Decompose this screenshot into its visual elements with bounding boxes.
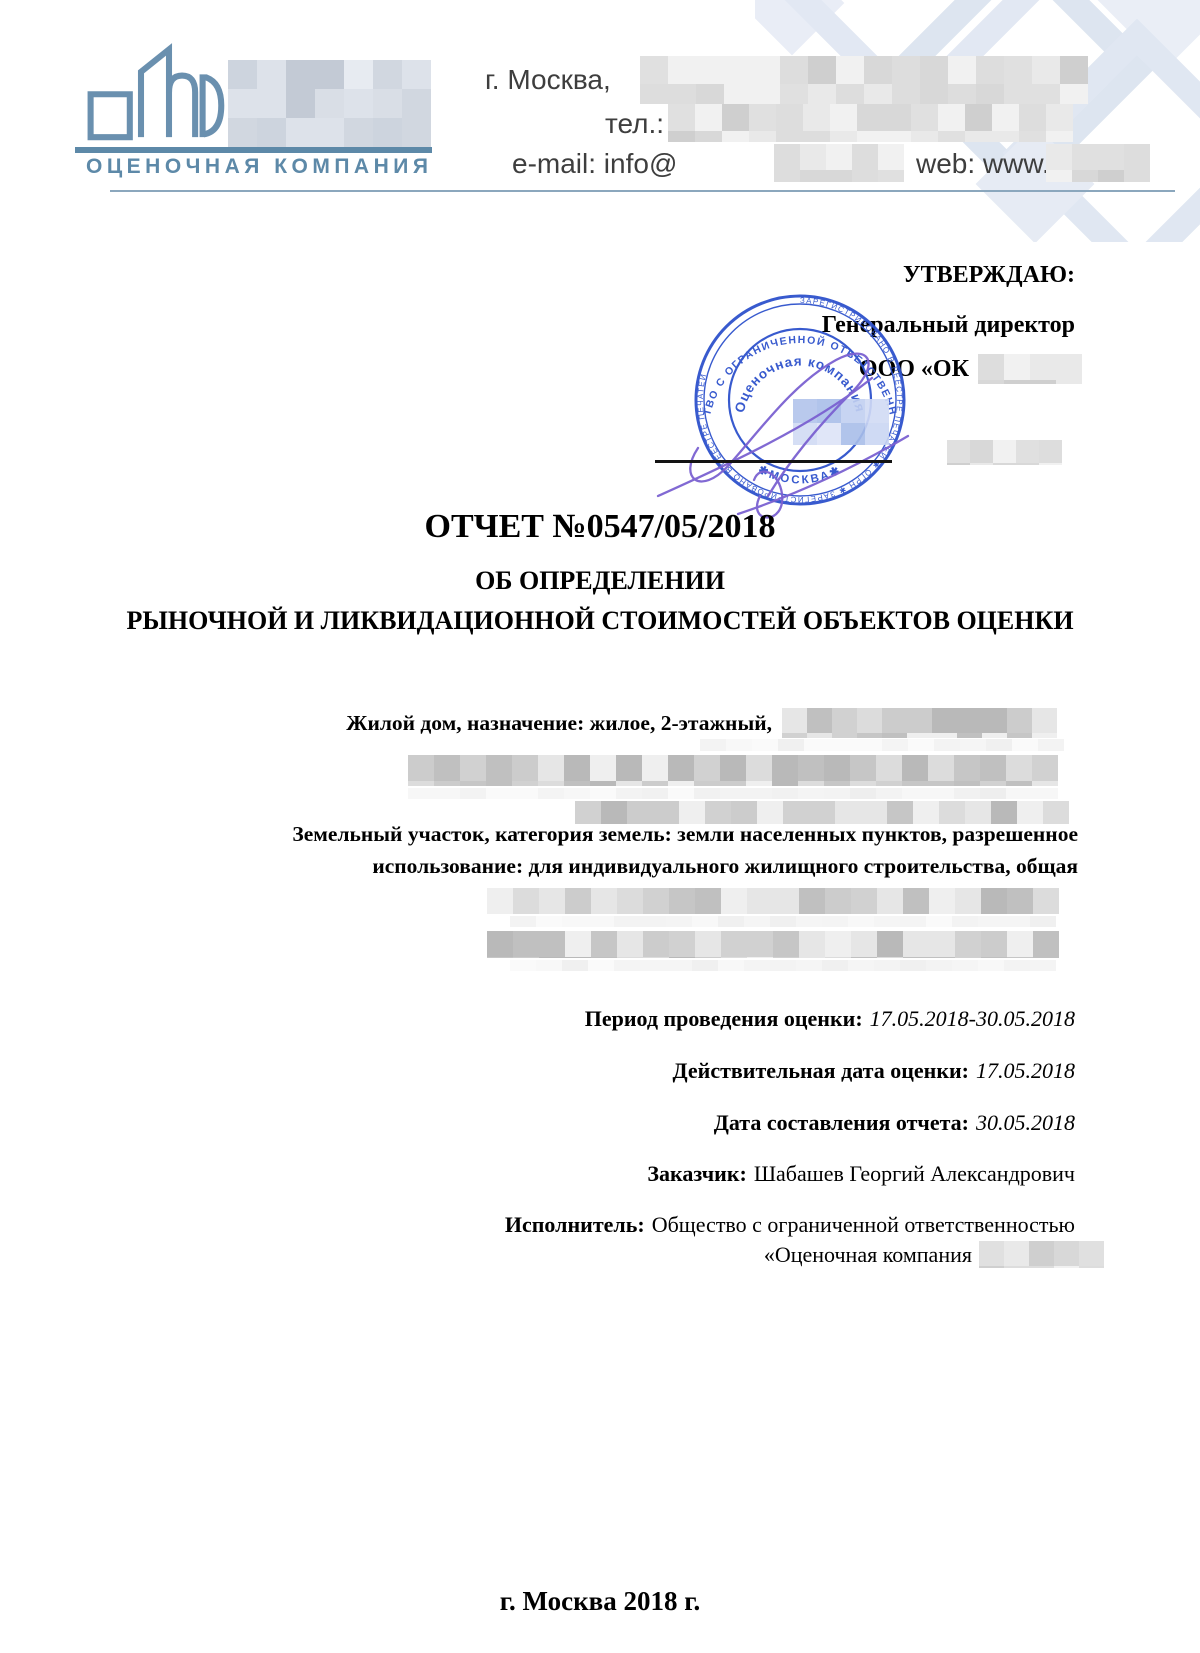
redacted-house-address-block bbox=[782, 708, 1075, 738]
house-description-line: Жилой дом, назначение: жилое, 2-этажный, bbox=[0, 708, 1075, 738]
redacted-faint-row bbox=[408, 788, 1075, 799]
evaluation-period-row: Период проведения оценки: 17.05.2018-30.… bbox=[585, 1006, 1075, 1032]
report-date-value: 30.05.2018 bbox=[976, 1110, 1075, 1136]
watermark-diamond bbox=[755, 0, 844, 55]
signature-line bbox=[655, 460, 892, 463]
redacted-land-address-block bbox=[487, 931, 1075, 958]
land-description-line2: использование: для индивидуального жилищ… bbox=[372, 854, 1078, 879]
customer-label: Заказчик: bbox=[647, 1161, 746, 1187]
redacted-company-name-block bbox=[228, 60, 458, 148]
redacted-executor-name-block bbox=[979, 1241, 1105, 1268]
report-number-title: ОТЧЕТ №0547/05/2018 bbox=[0, 508, 1200, 546]
watermark-diamond bbox=[976, 125, 1095, 242]
house-description-text: Жилой дом, назначение: жилое, 2-этажный, bbox=[346, 711, 772, 736]
city-label: г. Москва, bbox=[485, 64, 611, 96]
executor-label: Исполнитель: bbox=[505, 1212, 645, 1238]
effective-date-row: Действительная дата оценки: 17.05.2018 bbox=[672, 1058, 1075, 1084]
director-signature bbox=[640, 300, 960, 530]
redacted-cadastral-block bbox=[575, 801, 1075, 824]
report-date-label: Дата составления отчета: bbox=[714, 1110, 969, 1136]
email-label: e-mail: info@ bbox=[512, 148, 677, 180]
approve-label: УТВЕРЖДАЮ: bbox=[903, 262, 1075, 289]
footer-city-year: г. Москва 2018 г. bbox=[0, 1586, 1200, 1617]
header-divider bbox=[110, 190, 1175, 192]
report-cover-page: ОЦЕНОЧНАЯ КОМПАНИЯ г. Москва, тел.: e-ma… bbox=[0, 0, 1200, 1653]
phone-label: тел.: bbox=[605, 108, 664, 140]
redacted-faint-row bbox=[510, 960, 1070, 971]
report-title-line2: ОБ ОПРЕДЕЛЕНИИ bbox=[0, 566, 1200, 596]
redacted-website-block bbox=[1046, 144, 1166, 182]
land-description-line1: Земельный участок, категория земель: зем… bbox=[292, 822, 1078, 847]
web-label: web: www. bbox=[916, 148, 1050, 180]
redacted-house-details-block bbox=[408, 755, 1075, 786]
customer-value: Шабашев Георгий Александрович bbox=[754, 1161, 1075, 1187]
redacted-land-area-block bbox=[487, 888, 1075, 914]
report-title-line3: РЫНОЧНОЙ И ЛИКВИДАЦИОННОЙ СТОИМОСТЕЙ ОБЪ… bbox=[0, 606, 1200, 636]
logo-underline bbox=[75, 147, 432, 153]
evaluation-period-value: 17.05.2018-30.05.2018 bbox=[870, 1006, 1075, 1032]
redacted-phone-block bbox=[668, 104, 1092, 142]
executor-company-row: «Оценочная компания bbox=[764, 1241, 1105, 1268]
redacted-faint-row bbox=[700, 739, 1075, 751]
executor-value: Общество с ограниченной ответственностью bbox=[652, 1212, 1075, 1238]
executor-row: Исполнитель: Общество с ограниченной отв… bbox=[505, 1212, 1075, 1238]
redacted-faint-row bbox=[510, 916, 1070, 927]
redacted-company-short-name bbox=[978, 354, 1105, 384]
customer-row: Заказчик: Шабашев Георгий Александрович bbox=[647, 1161, 1075, 1187]
report-date-row: Дата составления отчета: 30.05.2018 bbox=[714, 1110, 1075, 1136]
redacted-director-name-block bbox=[947, 440, 1084, 465]
brand-caption: ОЦЕНОЧНАЯ КОМПАНИЯ bbox=[86, 155, 432, 179]
redacted-email-block bbox=[774, 144, 904, 182]
evaluation-period-label: Период проведения оценки: bbox=[585, 1006, 863, 1032]
effective-date-value: 17.05.2018 bbox=[976, 1058, 1075, 1084]
redacted-address-block bbox=[640, 56, 1103, 104]
company-logo-buildings-icon bbox=[85, 38, 225, 143]
executor-company-prefix: «Оценочная компания bbox=[764, 1242, 972, 1268]
effective-date-label: Действительная дата оценки: bbox=[672, 1058, 969, 1084]
